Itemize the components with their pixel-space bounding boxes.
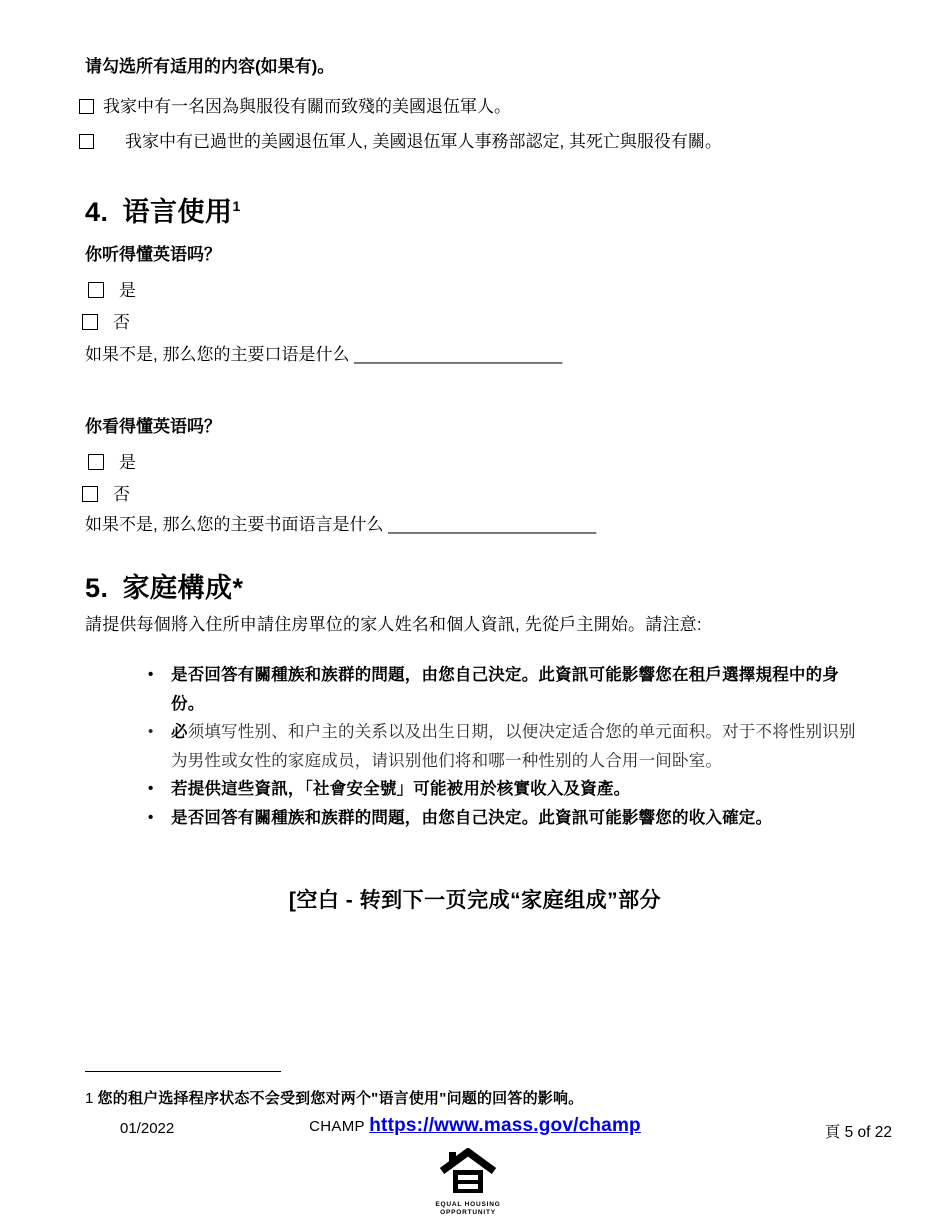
footer-system-name: CHAMP: [309, 1118, 365, 1135]
checkbox-written-no[interactable]: [82, 486, 98, 502]
checkbox-disabled-veteran[interactable]: [79, 99, 94, 114]
footer-page-number: 頁 5 of 22: [825, 1120, 892, 1142]
section4-title: 语言使用: [123, 197, 233, 227]
champ-link[interactable]: https://www.mass.gov/champ: [369, 1115, 641, 1136]
list-item: 若提供這些資訊，「社會安全號」可能被用於核實收入及資產。: [146, 775, 872, 804]
list-item: 是否回答有關種族和族群的問題，由您自己決定。此資訊可能影響您在租戶選擇規程中的身…: [146, 661, 872, 718]
footnote-text: 您的租户选择程序状态不会受到您对两个"语言使用"问题的回答的影响。: [98, 1090, 584, 1107]
spoken-followup-row: 如果不是, 那么您的主要口语是什么 ______________________: [85, 344, 562, 365]
continuation-note: [空白 - 转到下一页完成“家庭组成”部分: [0, 884, 950, 914]
written-yes-row: 是: [88, 448, 136, 473]
footnote-reference: 1: [233, 198, 241, 214]
written-followup-row: 如果不是, 那么您的主要书面语言是什么 ____________________…: [85, 514, 596, 535]
section5-number: 5.: [85, 573, 109, 604]
checkbox-spoken-yes[interactable]: [88, 282, 104, 298]
check-all-prompt: 请勾选所有适用的内容(如果有)。: [85, 56, 334, 77]
section5-intro: 請提供每個將入住所申請住房單位的家人姓名和個人資訊, 先從戶主開始。請注意:: [85, 610, 875, 635]
spoken-english-question: 你听得懂英语吗？: [85, 240, 221, 265]
written-english-question: 你看得懂英语吗？: [85, 412, 221, 437]
written-no-row: 否: [82, 480, 130, 505]
checkbox-spoken-no[interactable]: [82, 314, 98, 330]
spoken-no-label: 否: [113, 313, 130, 332]
footnote-divider: [85, 1071, 281, 1072]
section5-title: 家庭構成: [123, 573, 233, 603]
veteran-option-row: 我家中有一名因為與服役有關而致殘的美國退伍軍人。: [79, 92, 511, 117]
list-item-text: 须填写性别、和户主的关系以及出生日期，以便决定适合您的单元面积。对于不将性别识别…: [171, 723, 856, 770]
footnote-marker: 1: [85, 1090, 94, 1107]
footer-center: CHAMP https://www.mass.gov/champ: [0, 1115, 950, 1137]
section4-heading: 4.语言使用1: [85, 190, 241, 229]
written-language-blank[interactable]: ______________________: [388, 515, 596, 534]
veteran-option-row: 我家中有已過世的美國退伍軍人, 美國退伍軍人事務部認定, 其死亡與服役有關。: [79, 127, 722, 152]
section4-number: 4.: [85, 197, 109, 228]
written-yes-label: 是: [119, 453, 136, 472]
checkbox-written-yes[interactable]: [88, 454, 104, 470]
list-item: 是否回答有關種族和族群的問題，由您自己決定。此資訊可能影響您的收入確定。: [146, 804, 872, 833]
equal-housing-text-line2: OPPORTUNITY: [408, 1209, 528, 1216]
checkbox-deceased-veteran[interactable]: [79, 134, 94, 149]
spoken-followup-text: 如果不是, 那么您的主要口语是什么: [85, 345, 349, 364]
written-followup-text: 如果不是, 那么您的主要书面语言是什么: [85, 515, 383, 534]
equal-housing-logo: EQUAL HOUSING OPPORTUNITY: [408, 1148, 528, 1216]
equal-housing-text-line1: EQUAL HOUSING: [408, 1201, 528, 1208]
list-item-bold-prefix: 必: [171, 723, 188, 741]
equal-housing-house-icon: [439, 1148, 497, 1195]
spoken-yes-label: 是: [119, 281, 136, 300]
veteran-option-label: 我家中有已過世的美國退伍軍人, 美國退伍軍人事務部認定, 其死亡與服役有關。: [125, 132, 722, 151]
section5-heading: 5.家庭構成*: [85, 566, 244, 605]
list-item: 必须填写性别、和户主的关系以及出生日期，以便决定适合您的单元面积。对于不将性别识…: [146, 718, 872, 775]
spoken-language-blank[interactable]: ______________________: [354, 345, 562, 364]
section5-notes-list: 是否回答有關種族和族群的問題，由您自己決定。此資訊可能影響您在租戶選擇規程中的身…: [146, 661, 872, 832]
spoken-yes-row: 是: [88, 276, 136, 301]
required-asterisk: *: [233, 573, 244, 603]
written-no-label: 否: [113, 485, 130, 504]
veteran-option-label: 我家中有一名因為與服役有關而致殘的美國退伍軍人。: [103, 97, 511, 116]
spoken-no-row: 否: [82, 308, 130, 333]
document-page: 请勾选所有适用的内容(如果有)。 我家中有一名因為與服役有關而致殘的美國退伍軍人…: [0, 0, 950, 1230]
footnote: 1您的租户选择程序状态不会受到您对两个"语言使用"问题的回答的影响。: [85, 1087, 875, 1108]
